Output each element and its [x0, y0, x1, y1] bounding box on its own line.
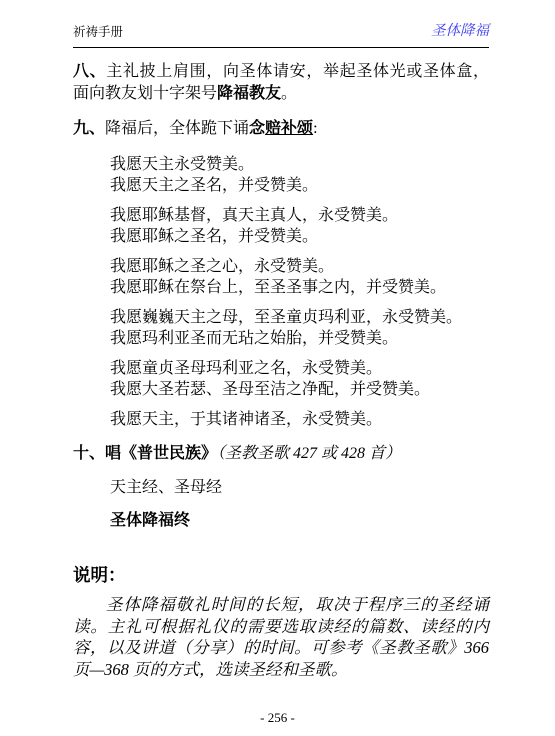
praise-stanza-1: 我愿天主永受赞美。 我愿天主之圣名，并受赞美。 — [110, 154, 489, 196]
praise-stanza-5: 我愿童贞圣母玛利亚之名，永受赞美。 我愿大圣若瑟、圣母至洁之净配，并受赞美。 — [110, 358, 489, 400]
item-8-marker: 八、 — [73, 63, 106, 80]
document-page: 祈祷手册 圣体降福 八、主礼披上肩围，向圣体请安，举起圣体光或圣体盒，面向教友划… — [0, 0, 555, 736]
header-section-title: 圣体降福 — [431, 22, 489, 40]
stanza-line: 我愿耶稣基督，真天主真人，永受赞美。 — [110, 205, 489, 226]
benediction-end-title: 圣体降福终 — [110, 510, 489, 531]
notes-heading: 说明： — [73, 564, 489, 586]
item-8-bold-phrase: 降福教友 — [217, 85, 281, 102]
praise-stanza-6: 我愿天主，于其诸神诸圣，永受赞美。 — [110, 409, 489, 430]
page-number: - 256 - — [0, 710, 555, 726]
notes-paragraph: 圣体降福敬礼时间的长短，取决于程序三的圣经诵读。主礼可根据礼仪的需要选取读经的篇… — [73, 594, 489, 680]
item-10-marker: 十、 — [73, 445, 105, 462]
praise-stanza-2: 我愿耶稣基督，真天主真人，永受赞美。 我愿耶稣之圣名，并受赞美。 — [110, 205, 489, 247]
item-10-hymn-title: 唱《普世民族》 — [105, 445, 217, 462]
item-9-colon: : — [313, 120, 317, 137]
item-9-text: 降福后，全体跪下诵 — [105, 120, 249, 137]
stanza-line: 我愿天主永受赞美。 — [110, 154, 489, 175]
item-8-period: 。 — [281, 85, 297, 102]
praise-stanza-3: 我愿耶稣之圣之心，永受赞美。 我愿耶稣在祭台上，至圣圣事之内，并受赞美。 — [110, 256, 489, 298]
stanza-line: 我愿天主，于其诸神诸圣，永受赞美。 — [110, 409, 489, 430]
stanza-line: 我愿巍巍天主之母，至圣童贞玛利亚，永受赞美。 — [110, 307, 489, 328]
item-8-paragraph: 八、主礼披上肩围，向圣体请安，举起圣体光或圣体盒，面向教友划十字架号降福教友。 — [73, 61, 489, 105]
item-10-paragraph: 十、唱《普世民族》（圣教圣歌 427 或 428 首） — [73, 443, 489, 465]
header-rule — [73, 47, 489, 48]
praise-stanza-4: 我愿巍巍天主之母，至圣童贞玛利亚，永受赞美。 我愿玛利亚圣而无玷之始胎，并受赞美… — [110, 307, 489, 349]
stanza-line: 我愿耶稣之圣名，并受赞美。 — [110, 226, 489, 247]
item-9-paragraph: 九、降福后，全体跪下诵念赔补颂: — [73, 118, 489, 140]
stanza-line: 我愿天主之圣名，并受赞美。 — [110, 175, 489, 196]
stanza-line: 我愿玛利亚圣而无玷之始胎，并受赞美。 — [110, 328, 489, 349]
stanza-line: 我愿耶稣在祭台上，至圣圣事之内，并受赞美。 — [110, 277, 489, 298]
item-9-marker: 九、 — [73, 120, 105, 137]
closing-prayers: 天主经、圣母经 — [110, 477, 489, 498]
item-10-hymn-note: （圣教圣歌 427 或 428 首） — [217, 445, 401, 462]
stanza-line: 我愿童贞圣母玛利亚之名，永受赞美。 — [110, 358, 489, 379]
stanza-line: 我愿大圣若瑟、圣母至洁之净配，并受赞美。 — [110, 379, 489, 400]
header-book-title: 祈祷手册 — [73, 24, 123, 40]
item-9-bold-char: 念 — [249, 120, 265, 137]
item-9-bold-underline-phrase: 赔补颂 — [265, 120, 313, 137]
stanza-line: 我愿耶稣之圣之心，永受赞美。 — [110, 256, 489, 277]
page-header: 祈祷手册 圣体降福 — [73, 22, 489, 40]
